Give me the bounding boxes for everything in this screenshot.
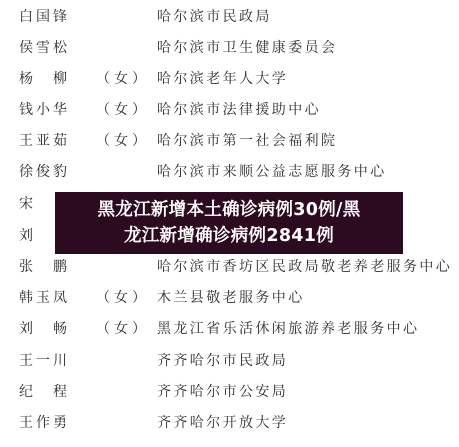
organization: 黑龙江省乐活休闲旅游养老服务中心 [157,318,419,340]
list-item: 钱小华 （女） 哈尔滨市法律援助中心 [0,99,459,121]
organization: 哈尔滨老年人大学 [157,68,288,90]
gender-note: （女） [96,318,150,340]
person-name: 王亚茹 [19,130,70,152]
person-name: 王一川 [19,350,70,372]
gender-note: （女） [96,99,150,121]
person-name: 张 鹏 [19,256,70,278]
list-item: 王亚茹 （女） 哈尔滨市第一社会福利院 [0,130,459,152]
organization: 哈尔滨市第一社会福利院 [157,130,337,152]
list-item: 王作勇 齐齐哈尔开放大学 [0,412,459,434]
list-item: 刘 畅 （女） 黑龙江省乐活休闲旅游养老服务中心 [0,318,459,340]
person-name: 侯雪松 [19,37,70,59]
organization: 齐齐哈尔市民政局 [157,350,288,372]
person-name: 刘 [19,225,36,247]
list-item: 徐俊豹 哈尔滨市来顺公益志愿服务中心 [0,161,459,183]
gender-note: （女） [96,130,150,152]
person-name: 韩玉凤 [19,287,70,309]
headline-line-2: 龙江新增确诊病例2841例 [55,223,403,249]
organization: 哈尔滨市卫生健康委员会 [157,37,337,59]
organization: 木兰县敬老服务中心 [157,287,305,309]
list-item: 侯雪松 哈尔滨市卫生健康委员会 [0,37,459,59]
gender-note: （女） [96,68,150,90]
organization: 哈尔滨市民政局 [157,6,272,28]
person-name: 刘 畅 [19,318,70,340]
person-name: 徐俊豹 [19,161,70,183]
person-name: 白国锋 [19,6,70,28]
person-name: 钱小华 [19,99,70,121]
headline-line-1: 黑龙江新增本土确诊病例30例/黑 [55,197,403,223]
organization: 齐齐哈尔开放大学 [157,412,288,434]
person-name: 宋 [19,193,36,215]
list-item: 白国锋 哈尔滨市民政局 [0,6,459,28]
organization: 哈尔滨市来顺公益志愿服务中心 [157,161,387,183]
headline-banner[interactable]: 黑龙江新增本土确诊病例30例/黑 龙江新增确诊病例2841例 [55,192,403,254]
list-item: 王一川 齐齐哈尔市民政局 [0,350,459,372]
list-item: 韩玉凤 （女） 木兰县敬老服务中心 [0,287,459,309]
person-name: 王作勇 [19,412,70,434]
gender-note: （女） [96,287,150,309]
person-name: 杨 柳 [19,68,70,90]
list-item: 纪 程 齐齐哈尔市公安局 [0,381,459,403]
list-item: 杨 柳 （女） 哈尔滨老年人大学 [0,68,459,90]
organization: 哈尔滨市香坊区民政局敬老养老服务中心 [157,256,452,278]
organization: 哈尔滨市法律援助中心 [157,99,321,121]
list-item: 张 鹏 哈尔滨市香坊区民政局敬老养老服务中心 [0,256,459,278]
organization: 齐齐哈尔市公安局 [157,381,288,403]
person-name: 纪 程 [19,381,70,403]
